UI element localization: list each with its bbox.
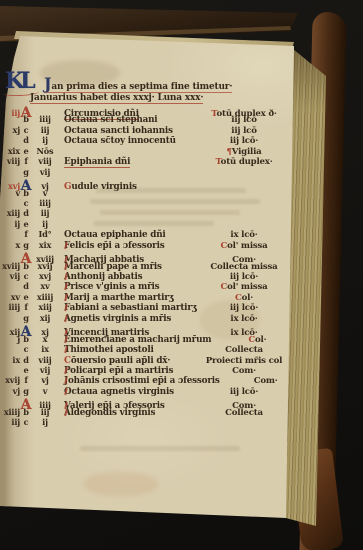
calendar-row: ciiij	[2, 198, 294, 208]
dominical-letter: e	[20, 219, 32, 229]
dominical-letter: d	[20, 208, 32, 218]
grade-text: ix lcō·	[230, 314, 257, 324]
roman-day-number: Id°	[32, 229, 58, 239]
roman-day-number: iij	[32, 208, 58, 218]
golden-number: iij	[2, 108, 20, 118]
feast-text: Octaua agnetis virginis	[64, 387, 174, 397]
calendar-row: gvij	[2, 167, 294, 177]
grade-text: iij lcō·	[230, 136, 258, 146]
dominical-letter: g	[20, 386, 32, 396]
golden-number: xviij	[2, 261, 20, 271]
calendar-row: dxvPrisce v'ginis a mr̄isCol' missa	[2, 281, 294, 291]
grade-note: Com·	[198, 366, 290, 376]
feast-name: Octaua agnetis virginis	[64, 387, 198, 397]
grade-note: iij lcō·	[198, 136, 290, 146]
roman-day-number: vij	[32, 365, 58, 375]
roman-day-number: iij	[32, 125, 58, 135]
feast-name: Agnetis virginis a mr̄is	[64, 314, 198, 324]
grade-note: ix lcō·	[198, 314, 290, 324]
feast-name: Thimothei apostoli	[64, 345, 198, 355]
golden-number: j	[2, 334, 20, 344]
feast-name: Prisce v'ginis a mr̄is	[64, 282, 198, 292]
grade-text: iij lcō·	[230, 387, 258, 397]
feast-name: Epiphania dñi	[64, 157, 198, 168]
dominical-letter: A	[20, 323, 32, 339]
grade-note: Collecta	[198, 408, 290, 418]
calendar-row: ixdviijCōuersio pauli ap̄li dx̄·Proiecti…	[2, 355, 294, 365]
roman-day-number: v	[32, 386, 58, 396]
grade-note: Col' missa	[198, 282, 290, 292]
roman-day-number: vj	[32, 375, 58, 385]
roman-day-number: iiij	[32, 198, 58, 208]
feast-text: Thimothei apostoli	[64, 345, 154, 355]
feast-text: Cōuersio pauli ap̄li dx̄·	[64, 356, 170, 366]
grade-note: iij lcō·	[198, 387, 290, 397]
grade-text: Totū duplex·	[215, 157, 272, 167]
grade-note: Collecta	[198, 345, 290, 355]
dominical-letter: g	[20, 167, 32, 177]
golden-number: xiiij	[2, 407, 20, 417]
roman-day-number: xv	[32, 281, 58, 291]
calendar-row: xvijfvjJohānis crisostimi ep̄i a ɔfessor…	[2, 375, 294, 385]
feast-name: Gudule virginis	[64, 182, 198, 192]
photograph-of-manuscript-calendar-page: KL Jan prima dies a septima fine timetur…	[0, 0, 363, 550]
feast-text: Epiphania dñi	[64, 157, 130, 168]
roman-day-number: ij	[32, 135, 58, 145]
feast-text: Octaua sc̄i stephani	[64, 115, 157, 125]
golden-number: iij	[2, 417, 20, 427]
calendar-table: iijACircumcisio dñiTotū duplex ð·biiijOc…	[2, 104, 294, 428]
decorated-initial-letter: A	[21, 105, 32, 121]
month-heading: Januarius habet dies xxxj· Luna xxx·	[30, 93, 203, 104]
dominical-letter: f	[20, 302, 32, 312]
grade-text: iij lcō	[231, 115, 256, 125]
golden-number: iiij	[2, 302, 20, 312]
dominical-letter: e	[20, 146, 32, 156]
golden-number: xv	[2, 292, 20, 302]
dominical-letter: f	[20, 156, 32, 166]
grade-note: iij lcō·	[198, 303, 290, 313]
feast-name: Octaua sc̄i stephani	[64, 115, 198, 125]
roman-day-number: v	[32, 188, 58, 198]
calendar-row: iiijfxiijFabiani a sebastiani martirʒiij…	[2, 302, 294, 312]
grade-text: Col·	[248, 335, 266, 345]
grade-text: Collecta missa	[210, 262, 277, 272]
grade-note: Proiecti mr̄is col	[198, 356, 290, 366]
grade-text: Col·	[235, 293, 253, 303]
calendar-row: xgxixFelicis ep̄i a ɔfessorisCol' missa	[2, 240, 294, 250]
egyptian-days-verse: Jan prima dies a septima fine timetur·	[44, 74, 232, 93]
feast-text: Johānis crisostimi ep̄i a ɔfessoris	[64, 376, 220, 386]
feast-name: Emerenciane a macharij mr̄um	[64, 335, 211, 345]
calendar-row: biiijOctaua sc̄i stephaniiij lcō	[2, 114, 294, 124]
feast-name: Aldegondis virginis	[64, 408, 198, 418]
grade-note: Totū duplex·	[198, 157, 290, 167]
roman-day-number: ix	[32, 344, 58, 354]
grade-text: Com·	[254, 376, 278, 386]
calendar-row: xijAxjVincencij martirisix lcō·	[2, 323, 294, 333]
grade-note: iij lcō	[198, 115, 290, 125]
calendar-row: iijACircumcisio dñiTotū duplex ð·	[2, 104, 294, 114]
calendar-row: vijcxvjAnthonij abbatisiij lcō·	[2, 271, 294, 281]
dominical-letter: c	[20, 198, 32, 208]
feast-text: Prisce v'ginis a mr̄is	[64, 282, 159, 292]
feast-name: Octaua sc̄toy innocentū	[64, 136, 198, 146]
calendar-row: AiiijValerij ep̄i a ɔfessorisCom·	[2, 396, 294, 406]
calendar-row: cixThimothei apostoliCollecta	[2, 344, 294, 354]
grade-text: iij lcō·	[230, 303, 258, 313]
golden-number: xj	[2, 125, 20, 135]
grade-text: Collecta	[225, 408, 263, 418]
calendar-row: gxijAgnetis virginis a mr̄isix lcō·	[2, 313, 294, 323]
golden-number: viij	[2, 156, 20, 166]
feast-name: Fabiani a sebastiani martirʒ	[64, 303, 198, 313]
feast-name: Octaua epiphanie dñi	[64, 230, 198, 240]
feast-name: Octaua sancti iohannis	[64, 126, 198, 136]
grade-text: Com·	[232, 366, 256, 376]
roman-day-number: iij	[32, 407, 58, 417]
dominical-letter: f	[20, 229, 32, 239]
calendar-row: vjgvOctaua agnetis virginisiij lcō·	[2, 386, 294, 396]
roman-day-number: iiij	[32, 114, 58, 124]
decorated-initial-letter: A	[21, 397, 32, 413]
golden-number: vj	[2, 386, 20, 396]
feast-name: Anthonij abbatis	[64, 272, 198, 282]
dominical-letter: A	[20, 104, 32, 120]
feast-text: Octaua epiphanie dñi	[64, 230, 166, 240]
calendar-row: xviijbxvijMarcelli pape a mr̄isCollecta …	[2, 261, 294, 271]
roman-day-number: Nōs	[32, 146, 58, 156]
roman-day-number: xij	[32, 313, 58, 323]
feast-name: Policarpi ep̄i a martiris	[64, 366, 198, 376]
dominical-letter: g	[20, 313, 32, 323]
feast-text: Octaua sc̄toy innocentū	[64, 136, 176, 146]
roman-day-number: xiiij	[32, 292, 58, 302]
calendar-row: jbxEmerenciane a macharij mr̄umCol·	[2, 334, 294, 344]
grade-note: Col·	[211, 335, 303, 345]
golden-number: vij	[2, 271, 20, 281]
calendar-row: xvexiiijMarij a marthe martirʒCol·	[2, 292, 294, 302]
calendar-row: evijPolicarpi ep̄i a martirisCom·	[2, 365, 294, 375]
dominical-letter: A	[20, 396, 32, 412]
grade-note: Col·	[198, 293, 290, 303]
feast-text: Emerenciane a macharij mr̄um	[64, 335, 211, 345]
feast-text: Agnetis virginis a mr̄is	[64, 314, 171, 324]
feast-text: Marcelli pape a mr̄is	[64, 262, 162, 272]
feast-name: Marcelli pape a mr̄is	[64, 262, 198, 272]
grade-text: Vigilia	[232, 147, 262, 157]
decorated-initial-letter: A	[21, 178, 32, 194]
dominical-letter: d	[20, 355, 32, 365]
calendar-row: xixeNōs¶ Vigilia	[2, 146, 294, 156]
calendar-row: xiijdiij	[2, 208, 294, 218]
feast-name: Johānis crisostimi ep̄i a ɔfessoris	[64, 376, 220, 386]
roman-day-number: xiij	[32, 302, 58, 312]
feast-name: Cōuersio pauli ap̄li dx̄·	[64, 356, 198, 366]
dominical-letter: c	[20, 125, 32, 135]
grade-note: Collecta missa	[198, 262, 290, 272]
calendar-row: xiiijbiijAldegondis virginisCollecta	[2, 407, 294, 417]
feast-name: Marij a marthe martirʒ	[64, 293, 198, 303]
roman-day-number: vij	[32, 167, 58, 177]
feast-text: Fabiani a sebastiani martirʒ	[64, 303, 197, 313]
printed-calendar-content: KL Jan prima dies a septima fine timetur…	[0, 0, 363, 550]
golden-number: xvij	[2, 375, 20, 385]
calendar-row: xjciijOctaua sancti iohannisiij lcō	[2, 125, 294, 135]
roman-day-number: viij	[32, 156, 58, 166]
calendar-row: xvjAvjGudule virginis	[2, 177, 294, 187]
grade-note: iij lcō·	[198, 272, 290, 282]
dominical-letter: A	[20, 250, 32, 266]
roman-day-number: xvj	[32, 271, 58, 281]
calendar-row: iijcij	[2, 417, 294, 427]
feast-text: Aldegondis virginis	[64, 408, 155, 418]
feast-text: Marij a marthe martirʒ	[64, 293, 173, 303]
dominical-letter: A	[20, 177, 32, 193]
roman-day-number: ij	[32, 417, 58, 427]
golden-number: xiij	[2, 208, 20, 218]
feast-text: Gudule virginis	[64, 182, 137, 192]
calendar-row: fId°Octaua epiphanie dñiix lcō·	[2, 229, 294, 239]
grade-text: iij lcō·	[230, 272, 258, 282]
dominical-letter: c	[20, 417, 32, 427]
golden-number: xix	[2, 146, 20, 156]
grade-text: Col' missa	[220, 282, 267, 292]
feast-text: Anthonij abbatis	[64, 272, 142, 282]
decorated-initial-letter: A	[21, 251, 32, 267]
grade-text: Collecta	[225, 345, 263, 355]
dominical-letter: e	[20, 292, 32, 302]
dominical-letter: g	[20, 240, 32, 250]
dominical-letter: c	[20, 271, 32, 281]
grade-note: ¶ Vigilia	[198, 147, 290, 157]
feast-text: Policarpi ep̄i a martiris	[64, 366, 173, 376]
dominical-letter: e	[20, 365, 32, 375]
golden-number: ix	[2, 355, 20, 365]
feast-text: Octaua sancti iohannis	[64, 126, 173, 136]
golden-number: x	[2, 240, 20, 250]
golden-number: v	[2, 188, 20, 198]
roman-day-number: x	[32, 334, 58, 344]
grade-text: Proiecti mr̄is col	[206, 356, 282, 366]
grade-text: Col' missa	[220, 241, 267, 251]
feast-name: Felicis ep̄i a ɔfessoris	[64, 241, 198, 251]
grade-note: ix lcō·	[198, 230, 290, 240]
calendar-row: ijeij	[2, 219, 294, 229]
grade-text: iij lcō	[231, 126, 256, 136]
calendar-row: viijfviijEpiphania dñiTotū duplex·	[2, 156, 294, 166]
kl-monogram: KL	[5, 70, 32, 92]
dominical-letter: d	[20, 135, 32, 145]
dominical-letter: d	[20, 281, 32, 291]
dominical-letter: c	[20, 344, 32, 354]
roman-day-number: viij	[32, 355, 58, 365]
decorated-initial-letter: A	[21, 324, 32, 340]
calendar-row: AxviijMacharij abbatisCom·	[2, 250, 294, 260]
grade-text: ix lcō·	[230, 230, 257, 240]
golden-number: ij	[2, 219, 20, 229]
grade-note: Col' missa	[198, 241, 290, 251]
feast-text: Felicis ep̄i a ɔfessoris	[64, 241, 165, 251]
dominical-letter: f	[20, 375, 32, 385]
roman-day-number: xvij	[32, 261, 58, 271]
grade-note: Com·	[220, 376, 312, 386]
calendar-row: dijOctaua sc̄toy innocentūiij lcō·	[2, 135, 294, 145]
roman-day-number: xix	[32, 240, 58, 250]
grade-note: iij lcō	[198, 126, 290, 136]
roman-day-number: ij	[32, 219, 58, 229]
